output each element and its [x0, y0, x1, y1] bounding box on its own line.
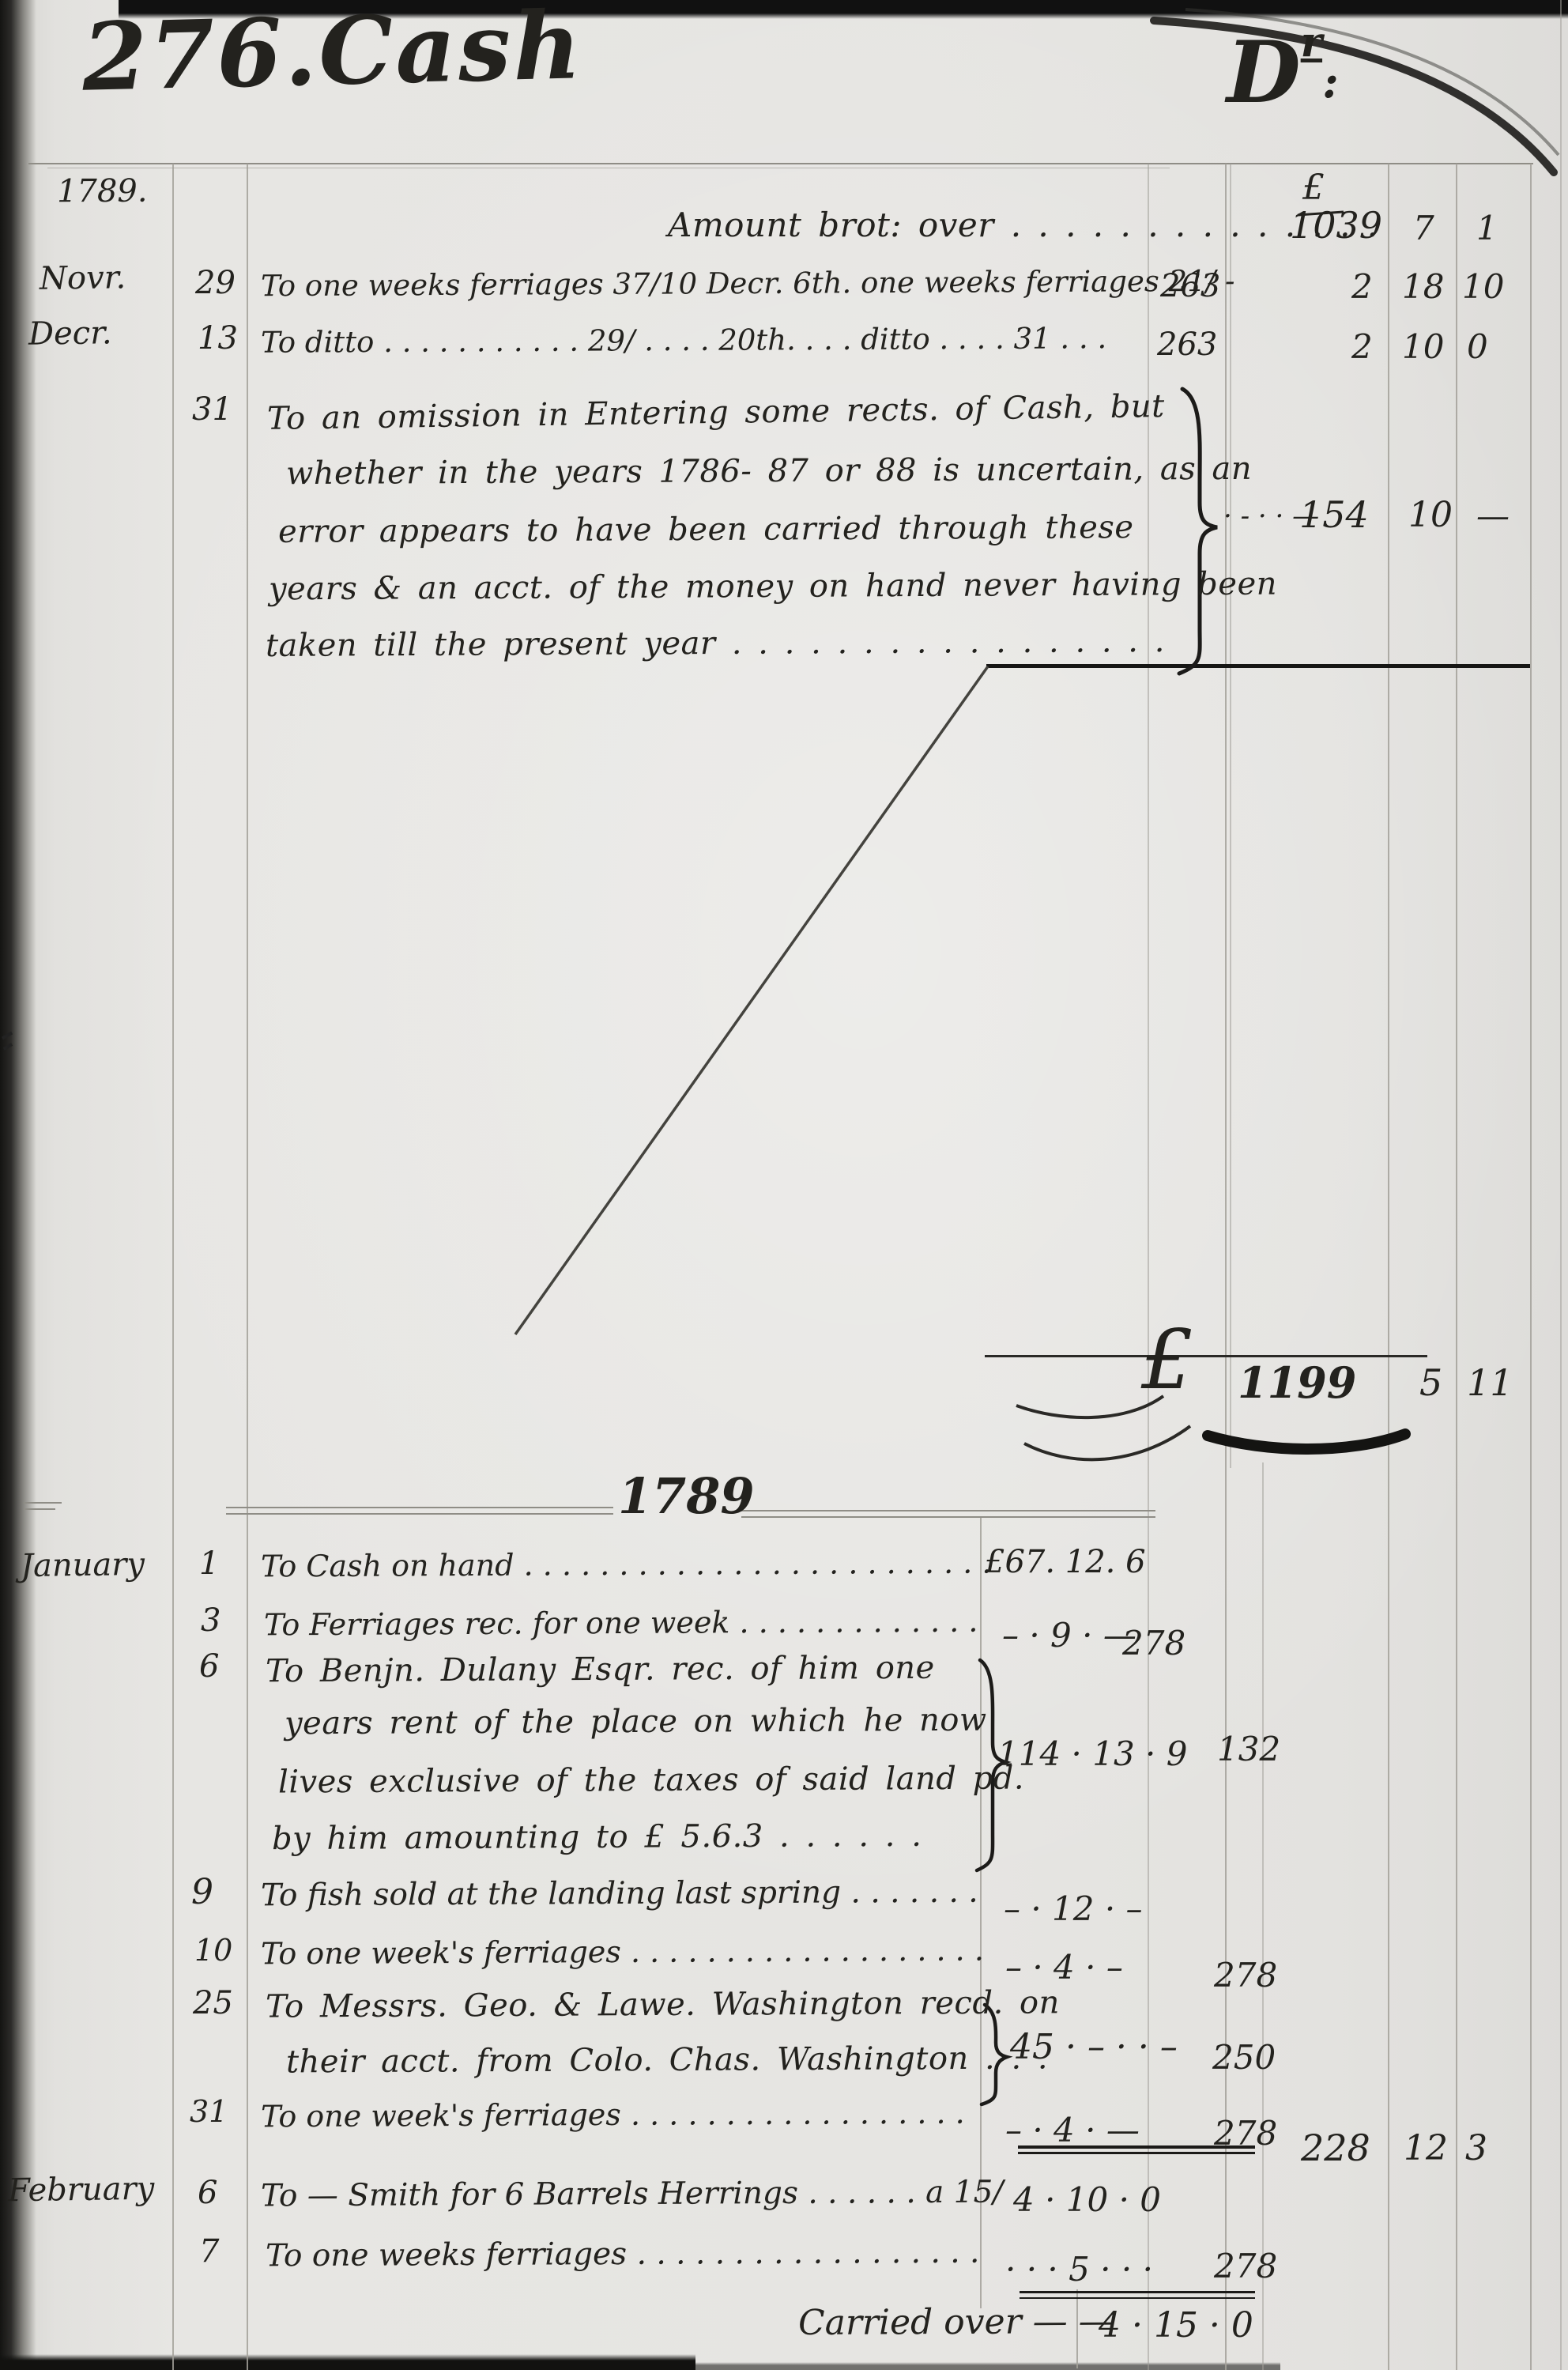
entry-desc: To one week's ferriages . . . . . . . . … [261, 2098, 965, 2132]
total-heavy-underline [1208, 1434, 1405, 1449]
divider-rule-left [226, 1507, 613, 1508]
amount-shillings: 10 [1408, 498, 1453, 533]
inner-amount: 4 · 10 · 0 [1013, 2183, 1161, 2217]
day-number: 29 [195, 267, 236, 299]
blank-space-slash [515, 666, 988, 1334]
subtotal-pence: 3 [1465, 2131, 1487, 2166]
carried-over-amount: 4 · 15 · 0 [1099, 2308, 1253, 2343]
folio-ref: 250 [1212, 2041, 1276, 2074]
total-top-rule [985, 1355, 1427, 1357]
margin-month-nov: Novr. [40, 262, 126, 295]
entry-desc: To Ferriages rec. for one week . . . . .… [264, 1606, 978, 1640]
entry-desc: To Cash on hand . . . . . . . . . . . . … [261, 1548, 992, 1582]
omission-brace [1179, 389, 1217, 674]
column-rule-pence [1456, 164, 1457, 2370]
brought-over-pounds: 1039 [1290, 207, 1382, 243]
carried-rule [1020, 2291, 1255, 2293]
carried-over-label: Carried over — — [798, 2304, 1114, 2341]
entry-desc: To fish sold at the landing last spring … [261, 1877, 978, 1911]
folio-ref: 278 [1214, 1959, 1277, 1992]
day-number: 6 [198, 2177, 217, 2209]
margin-month-dec: Decr. [28, 317, 112, 349]
margin-month-february: February [8, 2173, 155, 2207]
folio-ref: 278 [1214, 2117, 1277, 2150]
total-shillings: 5 [1419, 1364, 1442, 1401]
folio-ref: 278 [1122, 1627, 1185, 1660]
page-title: 276.Cash [81, 0, 585, 104]
day-number: 9 [191, 1875, 213, 1910]
entry-desc-line: years & an acct. of the money on hand ne… [269, 568, 1277, 606]
inner-amount: · · · 5 · · · [1005, 2253, 1153, 2286]
carried-rule-double [1020, 2297, 1255, 2299]
dr-letter: D [1227, 23, 1301, 123]
entry-desc-line: lives exclusive of the taxes of said lan… [278, 1763, 1024, 1798]
column-rule-right [1530, 164, 1532, 2370]
section-year-divider: 1789 [618, 1472, 755, 1521]
header-rule-double [47, 168, 1170, 168]
total-pound-swash-lower [1024, 1426, 1190, 1459]
column-rule-day [247, 164, 248, 2370]
entry-desc-line: To Benjn. Dulany Esqr. rec. of him one [266, 1652, 935, 1687]
entry-desc-line: To Messrs. Geo. & Lawe. Washington recd.… [266, 1987, 1060, 2022]
amount-shillings: 10 [1402, 330, 1444, 364]
total-pounds: 1199 [1238, 1361, 1356, 1404]
dr-superscript: r [1301, 18, 1322, 66]
total-pence: 11 [1467, 1364, 1513, 1401]
day-number: 25 [193, 1987, 233, 2019]
scan-bottom-edge-fade [680, 2362, 1280, 2370]
day-number: 13 [198, 323, 238, 354]
folio-ref: 278 [1214, 2250, 1277, 2283]
entry-desc: To — Smith for 6 Barrels Herrings . . . … [261, 2177, 1004, 2212]
day-number: 31 [192, 394, 232, 425]
divider-left-edge-mark-double [24, 1508, 55, 1510]
margin-month-january: January [21, 1549, 145, 1582]
day-number: 1 [199, 1548, 219, 1579]
entry-desc: To ditto . . . . . . . . . . . 29/ . . .… [261, 323, 1106, 357]
folio-ref: 263 [1157, 329, 1217, 360]
subtotal-shillings: 12 [1404, 2131, 1448, 2166]
entry-desc-line: taken till the present year . . . . . . … [266, 625, 1165, 662]
column-rule-folio-right-double [1230, 164, 1231, 1468]
inner-amount: – · 4 · — [1005, 2114, 1140, 2147]
divider-rule-right [741, 1510, 1155, 1511]
entry-desc-line: error appears to have been carried throu… [278, 511, 1134, 548]
section-close-rule [986, 664, 1530, 668]
amount-pounds: 154 [1299, 496, 1369, 533]
divider-rule-right-double [741, 1516, 1155, 1518]
amount-pounds: 2 [1351, 270, 1373, 304]
entry-desc: To one weeks ferriages . . . . . . . . .… [266, 2237, 980, 2272]
folio-ref: 132 [1217, 1733, 1280, 1766]
column-rule-margin [172, 164, 174, 2370]
entry-desc: To one weeks ferriages 37/10 Decr. 6th. … [261, 266, 1235, 300]
scan-bottom-edge [0, 2354, 695, 2370]
column-rule-folio-lower [1262, 1462, 1264, 2370]
column-rule-shillings [1388, 164, 1389, 2370]
amount-shillings: 18 [1402, 270, 1444, 304]
day-number: 6 [199, 1651, 219, 1682]
inner-amount: – · 12 · – [1004, 1893, 1143, 1926]
amount-pence: 10 [1462, 270, 1504, 304]
entry-desc: To one week's ferriages . . . . . . . . … [261, 1935, 984, 1969]
page-right-edge [1560, 0, 1562, 2370]
amount-pounds: 2 [1351, 330, 1373, 364]
day-number: 10 [194, 1935, 232, 1965]
brought-over-shillings: 7 [1413, 212, 1434, 245]
divider-left-edge-mark [24, 1502, 62, 1504]
day-number: 3 [201, 1605, 220, 1636]
brought-over-desc: Amount brot: over . . . . . . . . . . . … [668, 209, 1378, 242]
entry-desc-line: years rent of the place on which he now [285, 1704, 987, 1740]
inner-amount: 45 · – · · – [1010, 2030, 1178, 2065]
brought-over-pence: 1 [1476, 212, 1498, 245]
entry-desc-line: by him amounting to £ 5.6.3 . . . . . . [272, 1820, 922, 1855]
subtotal-pounds: 228 [1301, 2130, 1370, 2166]
amount-pence: 0 [1467, 330, 1488, 364]
inner-amount: £67. 12. 6 [985, 1546, 1146, 1578]
entry-desc-line: their acct. from Colo. Chas. Washington … [286, 2042, 1048, 2078]
page-gutter-shadow [0, 0, 36, 2370]
inner-amount: 114 · 13 · 9 [997, 1738, 1187, 1771]
inner-amount: – · 9 · — [1002, 1619, 1136, 1652]
inner-amount: – · 4 · – [1005, 1951, 1123, 1984]
ledger-page: 276.Cash Dr: 1789. Novr. Decr. January F… [0, 0, 1568, 2370]
amount-pence: — [1476, 500, 1510, 533]
margin-year: 1789. [57, 175, 148, 208]
entry-desc-line: whether in the years 1786- 87 or 88 is u… [286, 453, 1252, 489]
total-pound-sign: £ [1141, 1319, 1193, 1401]
dr-label: Dr: [1227, 22, 1339, 115]
header-rule [28, 163, 1533, 164]
entry-desc-line: To an omission in Entering some rects. o… [267, 391, 1165, 435]
divider-rule-left-double [226, 1513, 613, 1515]
day-number: 7 [199, 2236, 219, 2267]
folio-ref: 263 [1160, 270, 1220, 302]
dr-colon: : [1322, 56, 1339, 108]
pound-sign: £ [1302, 171, 1325, 206]
page-corner-curl [1154, 21, 1554, 172]
day-number: 31 [190, 2096, 228, 2127]
